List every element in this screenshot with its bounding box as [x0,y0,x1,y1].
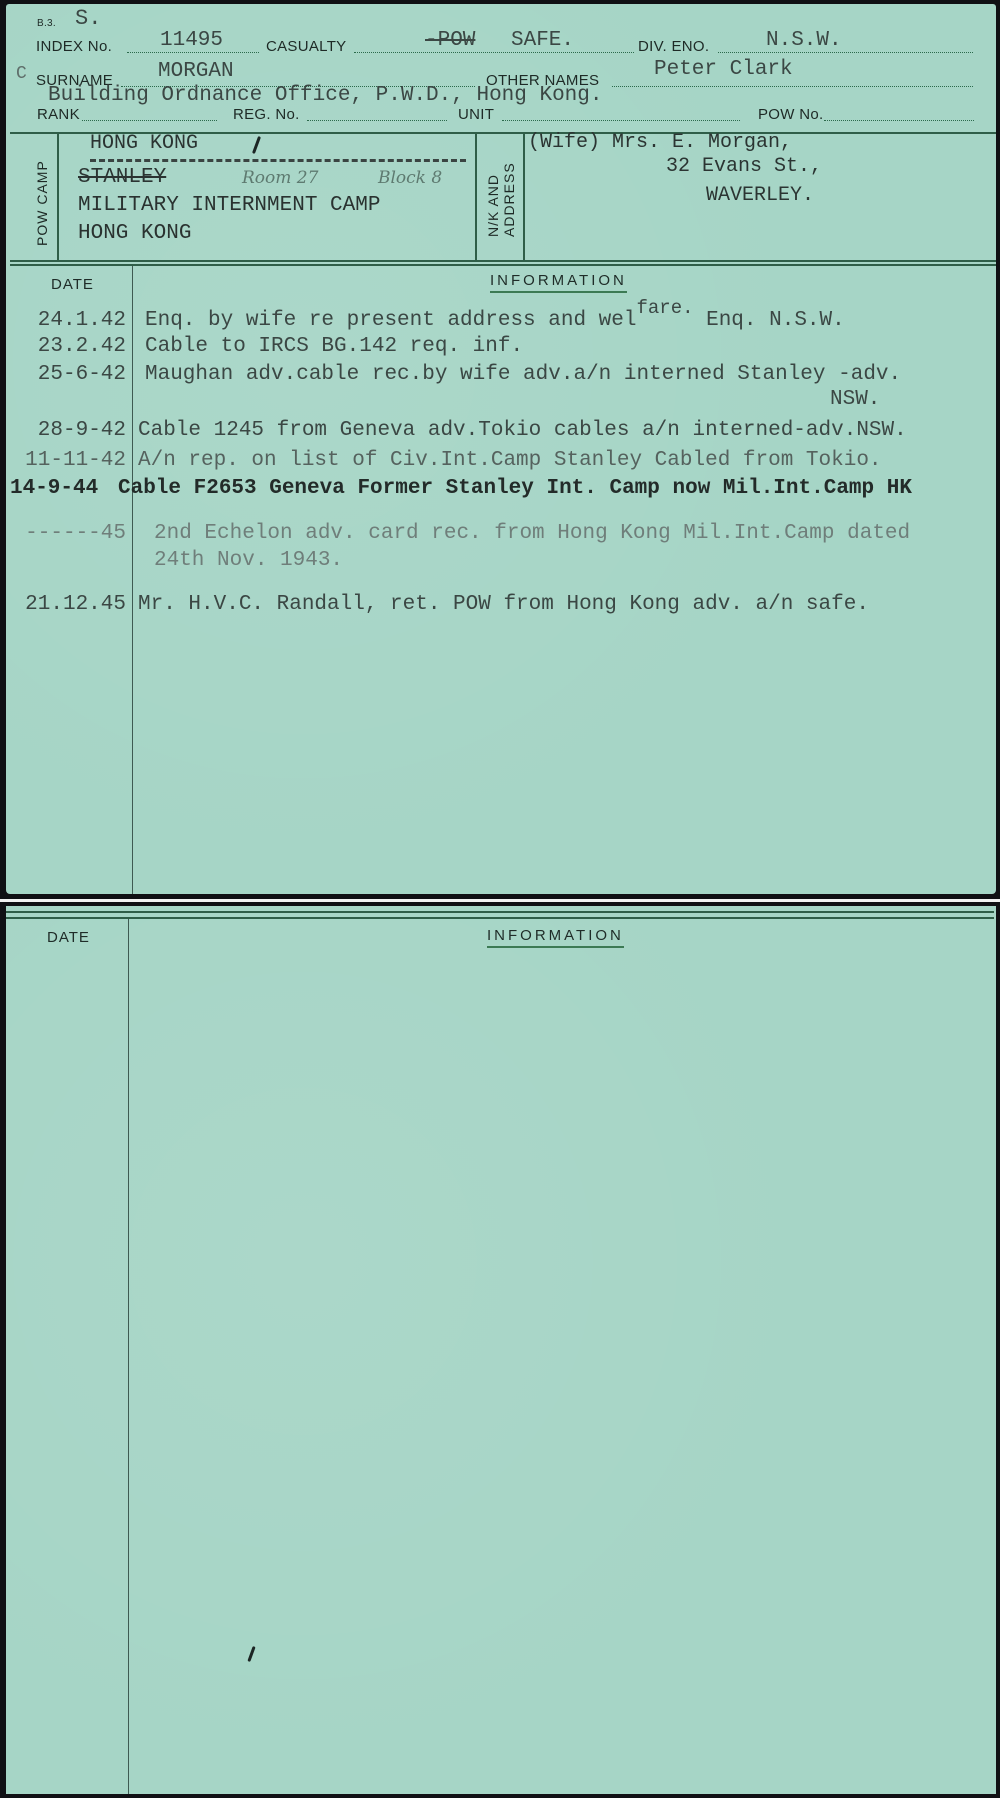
pow-camp-divider [57,132,59,260]
nk-divider-left [475,132,477,260]
record-card-back: DATE INFORMATION [6,906,996,1794]
date-column-divider [132,266,133,894]
div-eno-label: DIV. ENO. [638,38,709,55]
index-no-value: 11495 [160,29,223,52]
entry-text-after: Enq. N.S.W. [694,309,845,332]
nk-address-line3: WAVERLEY. [706,184,814,207]
entry-date: 11-11-42 [25,449,126,472]
entry-text: 2nd Echelon adv. card rec. from Hong Kon… [154,522,910,545]
other-names-dotline [612,86,973,87]
entry-date: 23.2.42 [38,335,126,358]
pow-camp-line4: HONG KONG [78,222,191,245]
entry-text: Cable 1245 from Geneva adv.Tokio cables … [138,419,907,442]
entry-text-line2: 24th Nov. 1943. [154,549,343,572]
entry-text-line2: NSW. [830,388,880,411]
entry-text-main: Enq. by wife re present address and wel [145,309,636,332]
div-eno-value: N.S.W. [766,29,842,52]
entry-date: ------45 [25,522,126,545]
occupation-line: Building Ordnance Office, P.W.D., Hong K… [48,84,603,107]
nk-label-line2: ADDRESS [501,162,517,237]
pow-camp-line3: MILITARY INTERNMENT CAMP [78,194,380,217]
entry-date: 24.1.42 [38,309,126,332]
reg-no-dotline [307,120,447,121]
scan-separator [0,899,1000,902]
pow-no-dotline [824,120,974,121]
nk-label-line1: N/K AND [485,162,501,237]
index-no-dotline [127,52,259,53]
nk-address-line1: (Wife) Mrs. E. Morgan, [528,131,792,154]
unit-label: UNIT [458,106,494,123]
other-names-value: Peter Clark [654,58,793,81]
casualty-value: SAFE. [511,29,574,52]
surname-value: MORGAN [158,60,234,83]
entry-text: Cable to IRCS BG.142 req. inf. [145,335,523,358]
pow-camp-struck-line: STANLEY [78,166,166,189]
section-rule-bottom-2 [10,264,996,266]
index-no-label: INDEX No. [36,38,112,55]
margin-mark: C [16,64,27,84]
back-date-header: DATE [47,929,90,946]
form-code-mark: S. [75,6,101,31]
entry-date: 25-6-42 [38,363,126,386]
handwritten-block: Block 8 [378,168,442,188]
rank-dotline [82,120,217,121]
form-code: B.3. [37,18,56,29]
pen-mark [252,136,261,154]
casualty-struck-value: -POW [425,29,475,52]
pow-camp-line1: HONG KONG [90,132,198,155]
handwritten-room: Room 27 [242,168,318,188]
div-eno-dotline [718,52,973,53]
entry-text: Maughan adv.cable rec.by wife adv.a/n in… [145,363,901,386]
unit-dotline [502,120,740,121]
nk-address-line2: 32 Evans St., [666,155,822,178]
pow-camp-strike-rule [90,159,466,162]
nk-label: N/K AND ADDRESS [485,162,517,237]
entry-date: 28-9-42 [38,419,126,442]
back-date-column-divider [128,919,129,1794]
entry-text: Mr. H.V.C. Randall, ret. POW from Hong K… [138,593,869,616]
entry-text: A/n rep. on list of Civ.Int.Camp Stanley… [138,449,882,472]
record-card-front: B.3. S. INDEX No. 11495 CASUALTY -POW SA… [6,4,996,894]
date-header: DATE [51,276,94,293]
entry-date: 14-9-44 [10,477,98,500]
entry-text: Cable F2653 Geneva Former Stanley Int. C… [118,477,912,500]
casualty-dotline [354,52,634,53]
back-rule-top-1 [6,911,994,913]
reg-no-label: REG. No. [233,106,300,123]
entry-date: 21.12.45 [25,593,126,616]
back-rule-top-2 [6,917,994,919]
information-header: INFORMATION [490,272,627,293]
section-rule-bottom-1 [10,260,996,262]
pow-camp-label: POW CAMP [34,160,50,246]
entry-text: Enq. by wife re present address and welf… [145,309,845,332]
rank-label: RANK [37,106,80,123]
entry-text-superscript: fare. [636,297,693,319]
back-information-header: INFORMATION [487,927,624,948]
pen-mark [247,1646,255,1662]
nk-divider-right [523,132,525,260]
pow-no-label: POW No. [758,106,823,123]
casualty-label: CASUALTY [266,38,346,55]
